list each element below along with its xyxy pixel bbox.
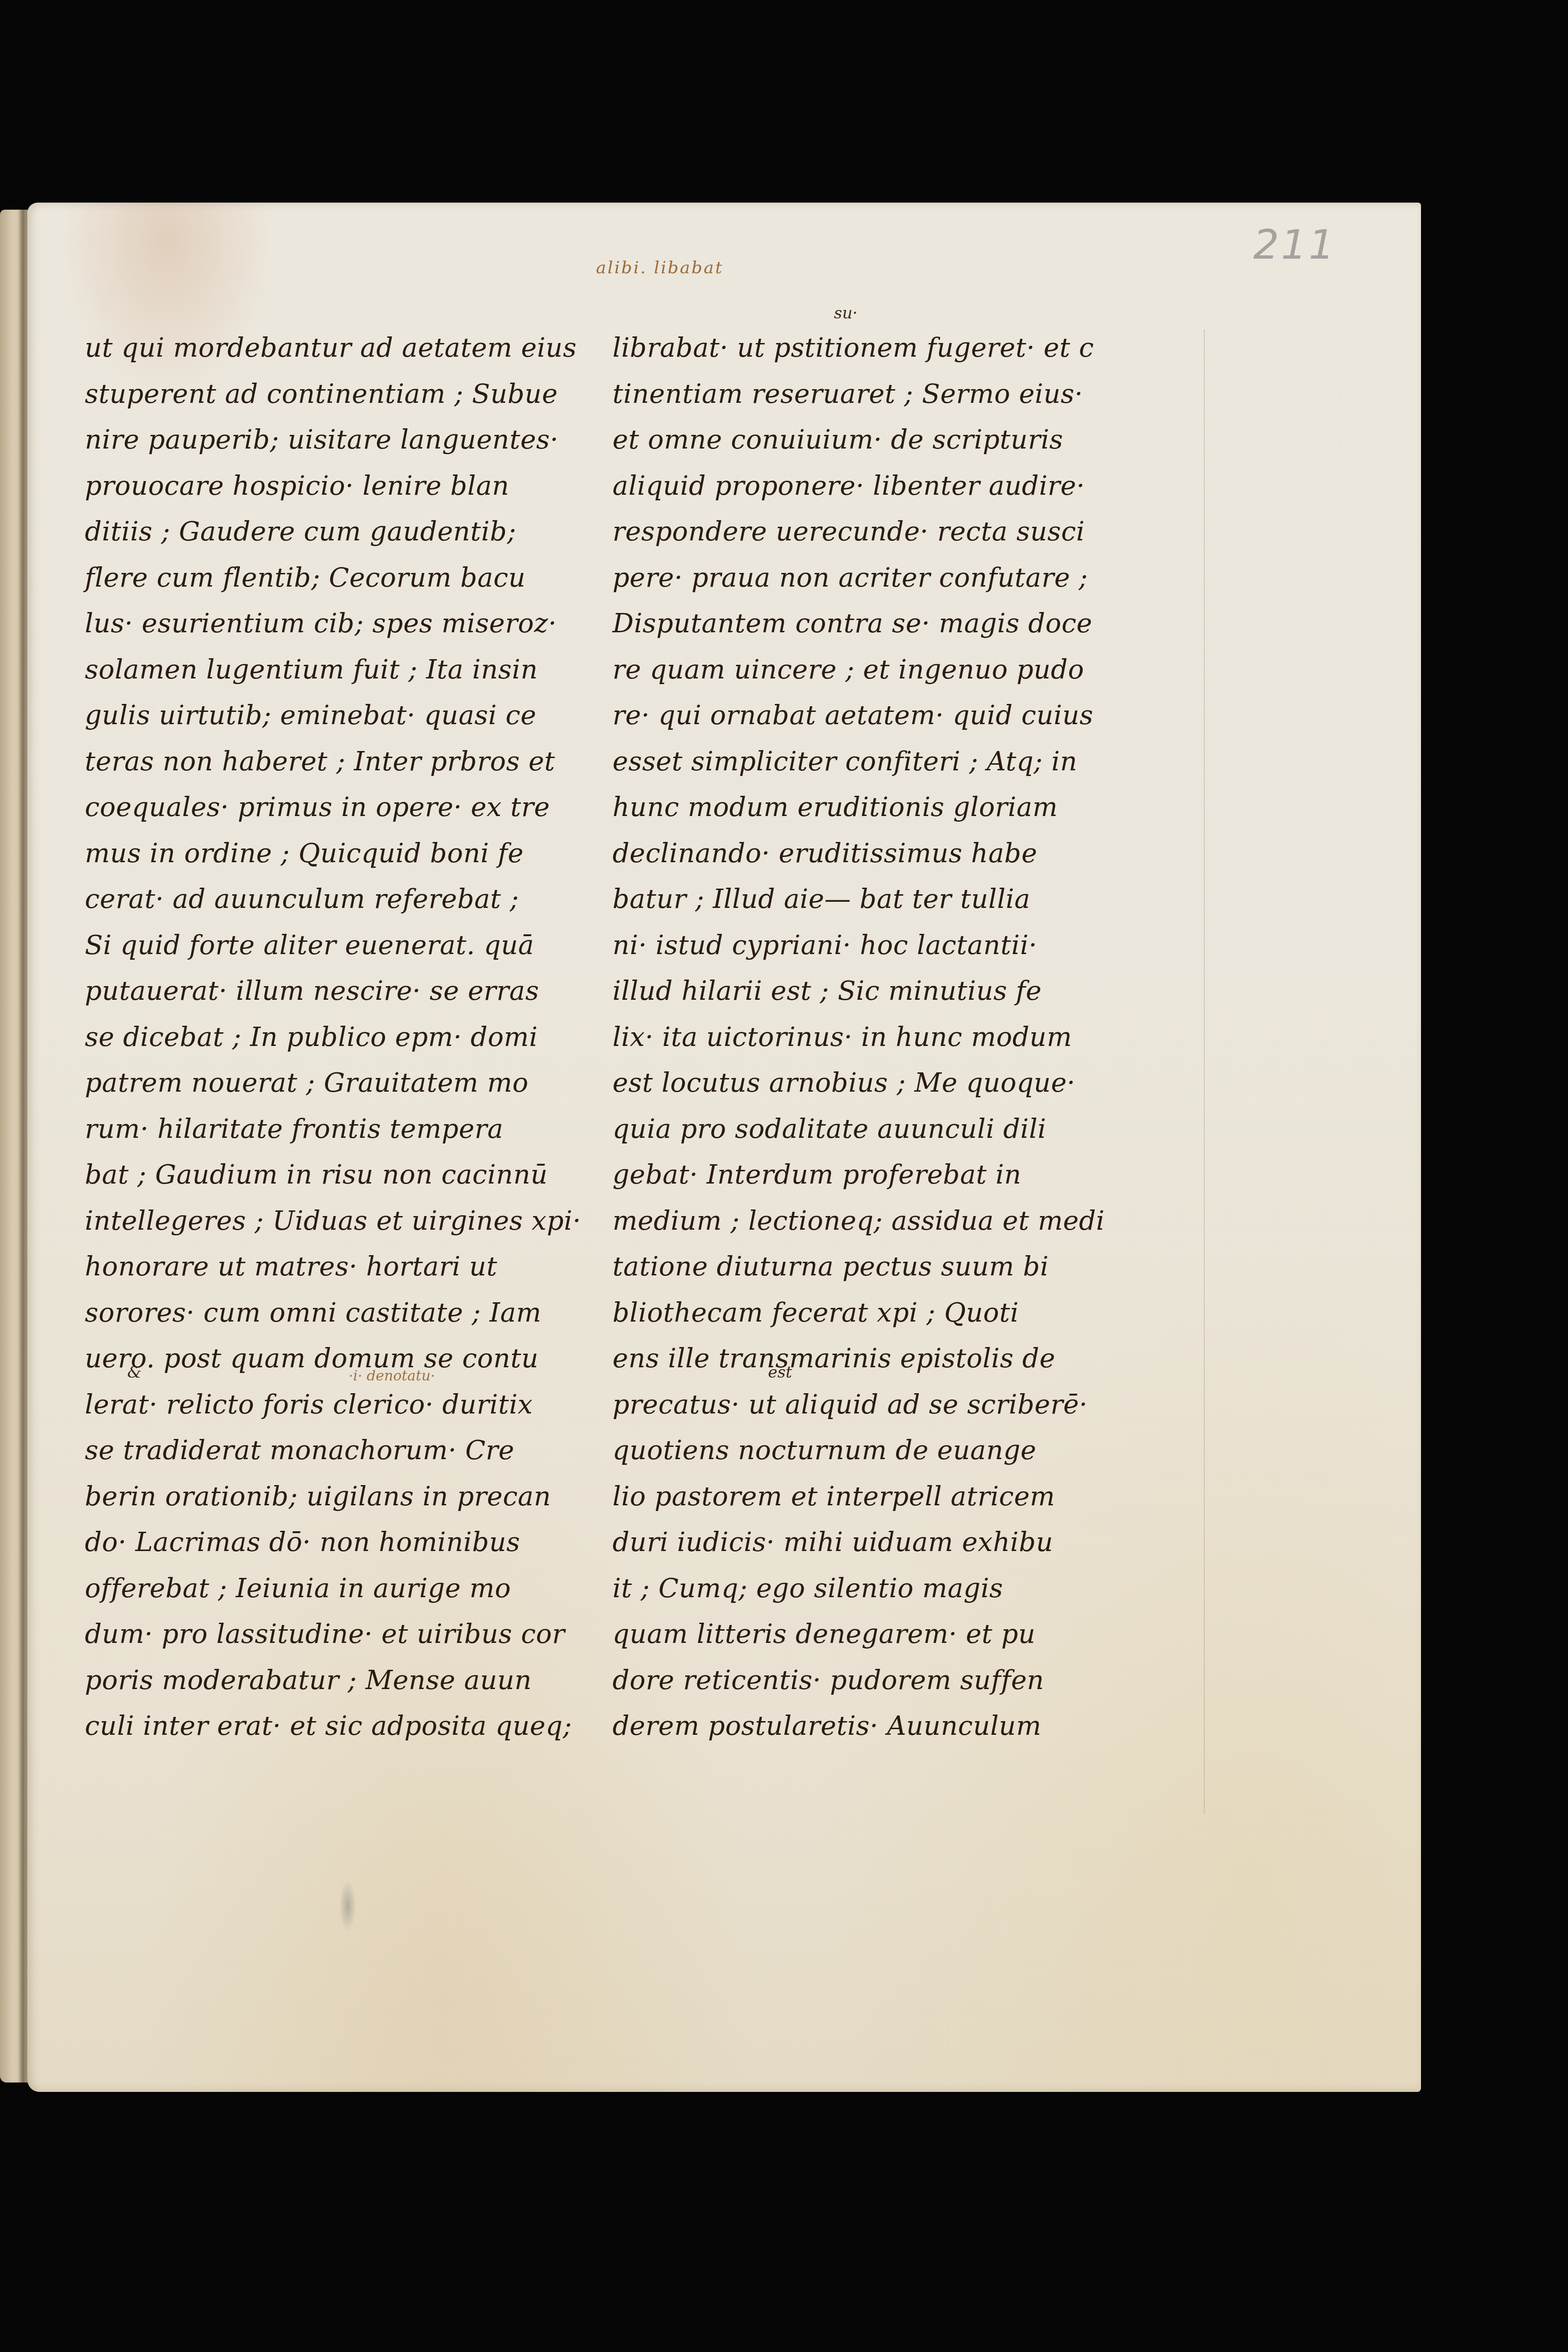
manuscript-line: bliothecam fecerat xpi ; Quoti bbox=[612, 1290, 1197, 1336]
manuscript-line: hunc modum eruditionis gloriam bbox=[612, 784, 1197, 831]
manuscript-line: honorare ut matres· hortari ut bbox=[85, 1244, 608, 1290]
manuscript-line: quotiens nocturnum de euange bbox=[612, 1428, 1197, 1474]
parchment-stain bbox=[339, 1880, 356, 1932]
manuscript-line: precatus· ut aliquid ad se scriberē· bbox=[612, 1382, 1197, 1428]
manuscript-line: respondere uerecunde· recta susci bbox=[612, 509, 1197, 555]
manuscript-line: poris moderabatur ; Mense auun bbox=[85, 1658, 608, 1704]
interlinear-gloss: su· bbox=[834, 304, 857, 323]
manuscript-line: gulis uirtutib; eminebat· quasi ce bbox=[85, 693, 608, 739]
manuscript-line: esset simpliciter confiteri ; Atq; in bbox=[612, 739, 1197, 785]
manuscript-line: Si quid forte aliter euenerat. quā bbox=[85, 923, 608, 969]
manuscript-line: batur ; Illud aie— bat ter tullia bbox=[612, 876, 1197, 923]
manuscript-line: aliquid proponere· libenter audire· bbox=[612, 463, 1197, 509]
manuscript-line: dore reticentis· pudorem suffen bbox=[612, 1658, 1197, 1704]
manuscript-line: re· qui ornabat aetatem· quid cuius bbox=[612, 693, 1197, 739]
manuscript-line: lio pastorem et interpell atricem bbox=[612, 1474, 1197, 1520]
manuscript-line: re quam uincere ; et ingenuo pudo bbox=[612, 647, 1197, 693]
manuscript-line: coequales· primus in opere· ex tre bbox=[85, 784, 608, 831]
interlinear-gloss: & bbox=[127, 1363, 141, 1382]
manuscript-line: pere· praua non acriter confutare ; bbox=[612, 555, 1197, 601]
manuscript-line: nire pauperib; uisitare languentes· bbox=[85, 417, 608, 463]
manuscript-line: tinentiam reseruaret ; Sermo eius· bbox=[612, 371, 1197, 417]
top-margin-gloss: alibi. libabat bbox=[596, 258, 723, 278]
manuscript-line: ut qui mordebantur ad aetatem eius bbox=[85, 325, 608, 371]
manuscript-line: librabat· ut pstitionem fugeret· et c bbox=[612, 325, 1197, 371]
manuscript-line: solamen lugentium fuit ; Ita insin bbox=[85, 647, 608, 693]
manuscript-line: berin orationib; uigilans in precan bbox=[85, 1474, 608, 1520]
manuscript-line: bat ; Gaudium in risu non cacinnū bbox=[85, 1152, 608, 1198]
manuscript-line: lus· esurientium cib; spes miseroz· bbox=[85, 601, 608, 647]
manuscript-line: patrem nouerat ; Grauitatem mo bbox=[85, 1060, 608, 1106]
manuscript-line: gebat· Interdum proferebat in bbox=[612, 1152, 1197, 1198]
manuscript-line: stuperent ad continentiam ; Subue bbox=[85, 371, 608, 417]
manuscript-line: it ; Cumq; ego silentio magis bbox=[612, 1566, 1197, 1612]
manuscript-line: rum· hilaritate frontis tempera bbox=[85, 1106, 608, 1152]
manuscript-line: Disputantem contra se· magis doce bbox=[612, 601, 1197, 647]
manuscript-line: dum· pro lassitudine· et uiribus cor bbox=[85, 1611, 608, 1658]
manuscript-line: putauerat· illum nescire· se erras bbox=[85, 968, 608, 1014]
manuscript-line: offerebat ; Ieiunia in aurige mo bbox=[85, 1566, 608, 1612]
text-column-right: librabat· ut pstitionem fugeret· et ctin… bbox=[612, 325, 1197, 1749]
manuscript-line: teras non haberet ; Inter prbros et bbox=[85, 739, 608, 785]
gutter-shadow bbox=[18, 210, 28, 2082]
manuscript-line: duri iudicis· mihi uiduam exhibu bbox=[612, 1519, 1197, 1566]
manuscript-line: se tradiderat monachorum· Cre bbox=[85, 1428, 608, 1474]
manuscript-line: culi inter erat· et sic adposita queq; bbox=[85, 1703, 608, 1749]
manuscript-line: flere cum flentib; Cecorum bacu bbox=[85, 555, 608, 601]
manuscript-line: declinando· eruditissimus habe bbox=[612, 831, 1197, 877]
manuscript-line: prouocare hospicio· lenire blan bbox=[85, 463, 608, 509]
manuscript-line: intellegeres ; Uiduas et uirgines xpi· bbox=[85, 1198, 608, 1244]
manuscript-line: illud hilarii est ; Sic minutius fe bbox=[612, 968, 1197, 1014]
interlinear-gloss: ·i· denotatu· bbox=[349, 1368, 435, 1384]
manuscript-line: ens ille transmarinis epistolis de bbox=[612, 1336, 1197, 1382]
manuscript-line: uero. post quam domum se contu bbox=[85, 1336, 608, 1382]
interlinear-gloss: est bbox=[768, 1363, 792, 1382]
manuscript-line: se dicebat ; In publico epm· domi bbox=[85, 1014, 608, 1061]
manuscript-line: mus in ordine ; Quicquid boni fe bbox=[85, 831, 608, 877]
manuscript-line: ni· istud cypriani· hoc lactantii· bbox=[612, 923, 1197, 969]
manuscript-line: cerat· ad auunculum referebat ; bbox=[85, 876, 608, 923]
manuscript-line: quam litteris denegarem· et pu bbox=[612, 1611, 1197, 1658]
pricking-marks bbox=[1204, 330, 1205, 1814]
manuscript-line: do· Lacrimas dō· non hominibus bbox=[85, 1519, 608, 1566]
manuscript-line: derem postularetis· Auunculum bbox=[612, 1703, 1197, 1749]
manuscript-line: tatione diuturna pectus suum bi bbox=[612, 1244, 1197, 1290]
manuscript-line: sorores· cum omni castitate ; Iam bbox=[85, 1290, 608, 1336]
manuscript-line: est locutus arnobius ; Me quoque· bbox=[612, 1060, 1197, 1106]
manuscript-line: lerat· relicto foris clerico· duritix bbox=[85, 1382, 608, 1428]
manuscript-line: medium ; lectioneq; assidua et medi bbox=[612, 1198, 1197, 1244]
manuscript-line: ditiis ; Gaudere cum gaudentib; bbox=[85, 509, 608, 555]
folio-number: 211 bbox=[1253, 221, 1336, 269]
manuscript-line: quia pro sodalitate auunculi dili bbox=[612, 1106, 1197, 1152]
manuscript-line: lix· ita uictorinus· in hunc modum bbox=[612, 1014, 1197, 1061]
manuscript-line: et omne conuiuium· de scripturis bbox=[612, 417, 1197, 463]
text-column-left: ut qui mordebantur ad aetatem eiusstuper… bbox=[85, 325, 608, 1749]
